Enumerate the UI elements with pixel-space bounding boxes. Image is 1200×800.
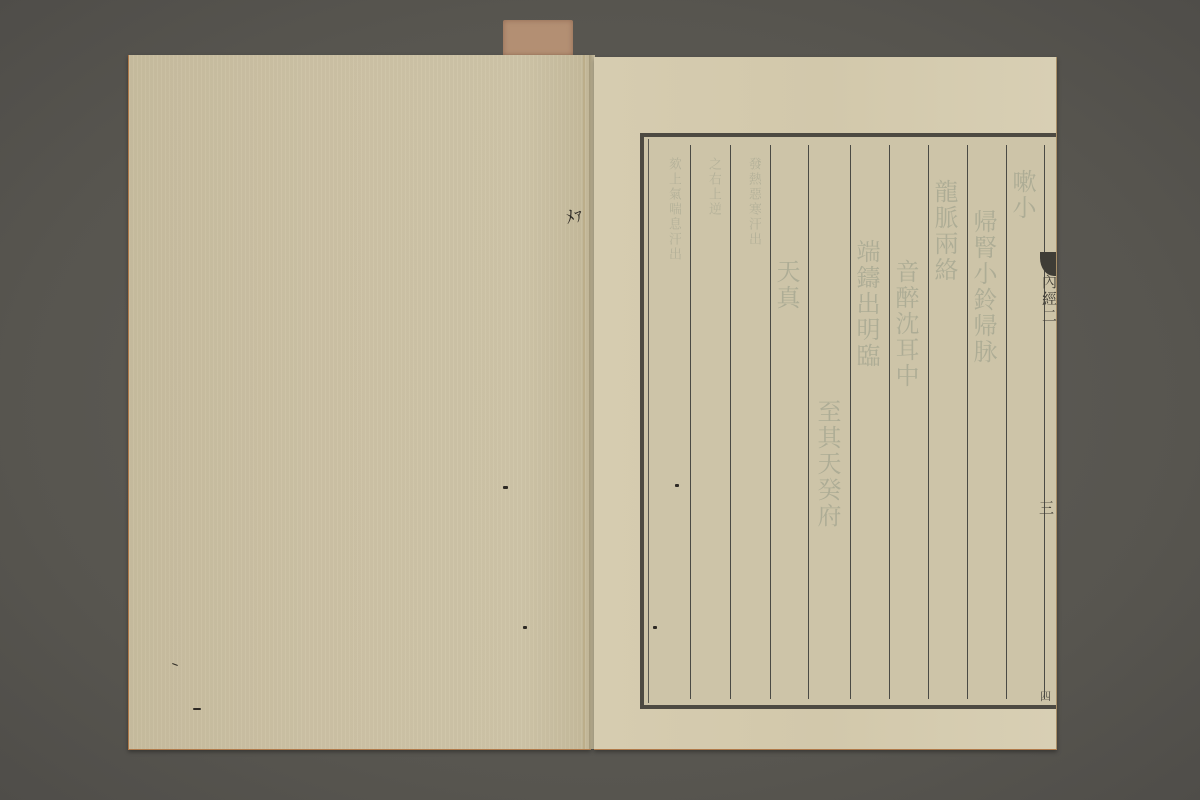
banxin-center-strip [1040, 133, 1058, 709]
left-page [128, 55, 591, 750]
column-rule [1006, 145, 1007, 699]
ink-speck [675, 484, 679, 487]
column-rule [770, 145, 771, 699]
show-through-text-column: 端鑄出明臨 [853, 239, 883, 693]
show-through-text-column: 嗽小 [1009, 169, 1039, 693]
column-rule [850, 145, 851, 699]
banxin-bottom-mark: 四 [1040, 688, 1051, 704]
show-through-text-column: 音醉沈耳中 [892, 259, 922, 693]
show-through-text-column: 欬上氣喘息汗出 [659, 157, 681, 693]
show-through-text-column: 之右上逆 [699, 157, 721, 693]
printed-frame: 欬上氣喘息汗出 之右上逆 發熱惡寒汗出 天真 至其天癸府 端鑄出明臨 音醉沈耳中… [640, 133, 1056, 709]
column-rule [808, 145, 809, 699]
show-through-text-column: 發熱惡寒汗出 [739, 157, 761, 693]
library-seal-tab [503, 20, 573, 56]
ink-speck [653, 626, 657, 629]
frame-bottom-border [640, 705, 1056, 709]
ink-speck [193, 708, 201, 710]
ink-speck [523, 626, 527, 629]
show-through-text-column: 帰腎小鈴帰脉 [970, 209, 1000, 693]
leaf-number: 三 [1041, 500, 1057, 515]
show-through-text-column: 天真 [773, 259, 803, 693]
column-rule [730, 145, 731, 699]
show-through-text-column: 至其天癸府 [814, 399, 844, 693]
column-rule [928, 145, 929, 699]
left-page-fold-line [583, 55, 585, 749]
ink-speck [503, 486, 508, 489]
banxin-title: 內經二 [1041, 274, 1057, 325]
column-rule [690, 145, 691, 699]
frame-inner-border: 欬上氣喘息汗出 之右上逆 發熱惡寒汗出 天真 至其天癸府 端鑄出明臨 音醉沈耳中… [648, 139, 1056, 703]
paper-texture [129, 55, 591, 749]
show-through-text-column: 龍脈兩絡 [931, 179, 961, 693]
column-rule [967, 145, 968, 699]
column-rule [889, 145, 890, 699]
